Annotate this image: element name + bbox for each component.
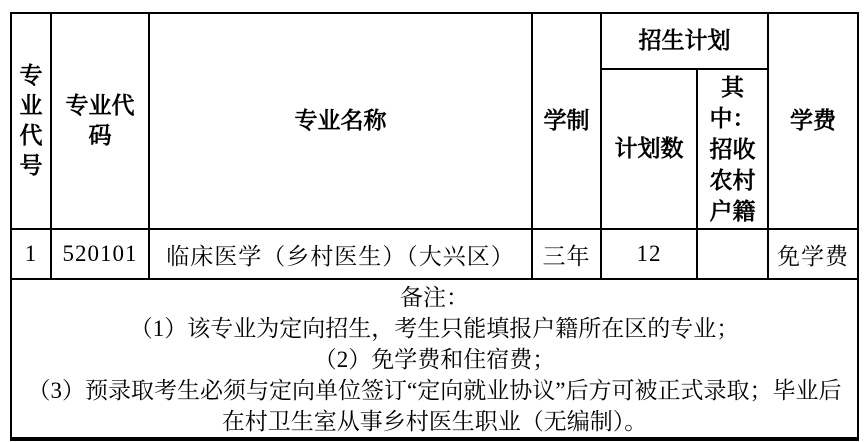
cell-duration: 三年: [532, 229, 601, 279]
header-major-name: 专业名称: [149, 13, 532, 229]
cell-major-code: 520101: [51, 229, 149, 279]
cell-major-no: 1: [11, 229, 51, 279]
note-item-1: （1）该专业为定向招生，考生只能填报户籍所在区的专业；: [22, 313, 847, 344]
cell-rural-quota: [697, 229, 768, 279]
cell-plan-count: 12: [601, 229, 697, 279]
note-item-3: （3）预录取考生必须与定向单位签订“定向就业协议”后方可被正式录取；毕业后在村卫…: [22, 375, 847, 437]
header-plan-count: 计划数: [601, 69, 697, 229]
enrollment-plan-table: 专 业 代 号 专业代 码 专业名称 学制 招生计划 学费 计划数 其 中： 招…: [10, 12, 859, 441]
header-rural-quota: 其 中： 招收 农村 户籍: [697, 69, 768, 229]
header-tuition: 学费: [768, 13, 858, 229]
header-duration: 学制: [532, 13, 601, 229]
header-major-no: 专 业 代 号: [11, 13, 51, 229]
cell-major-name: 临床医学（乡村医生）（大兴区）: [149, 229, 532, 279]
notes-title: 备注：: [22, 282, 847, 313]
header-enrollment-plan: 招生计划: [601, 13, 768, 69]
note-item-2: （2）免学费和住宿费；: [22, 344, 847, 375]
header-major-code: 专业代 码: [51, 13, 149, 229]
cell-tuition: 免学费: [768, 229, 858, 279]
notes-cell: 备注： （1）该专业为定向招生，考生只能填报户籍所在区的专业； （2）免学费和住…: [11, 279, 858, 439]
document-page: 专 业 代 号 专业代 码 专业名称 学制 招生计划 学费 计划数 其 中： 招…: [0, 0, 867, 442]
notes-row: 备注： （1）该专业为定向招生，考生只能填报户籍所在区的专业； （2）免学费和住…: [11, 279, 858, 439]
table-row: 1 520101 临床医学（乡村医生）（大兴区） 三年 12 免学费: [11, 229, 858, 279]
